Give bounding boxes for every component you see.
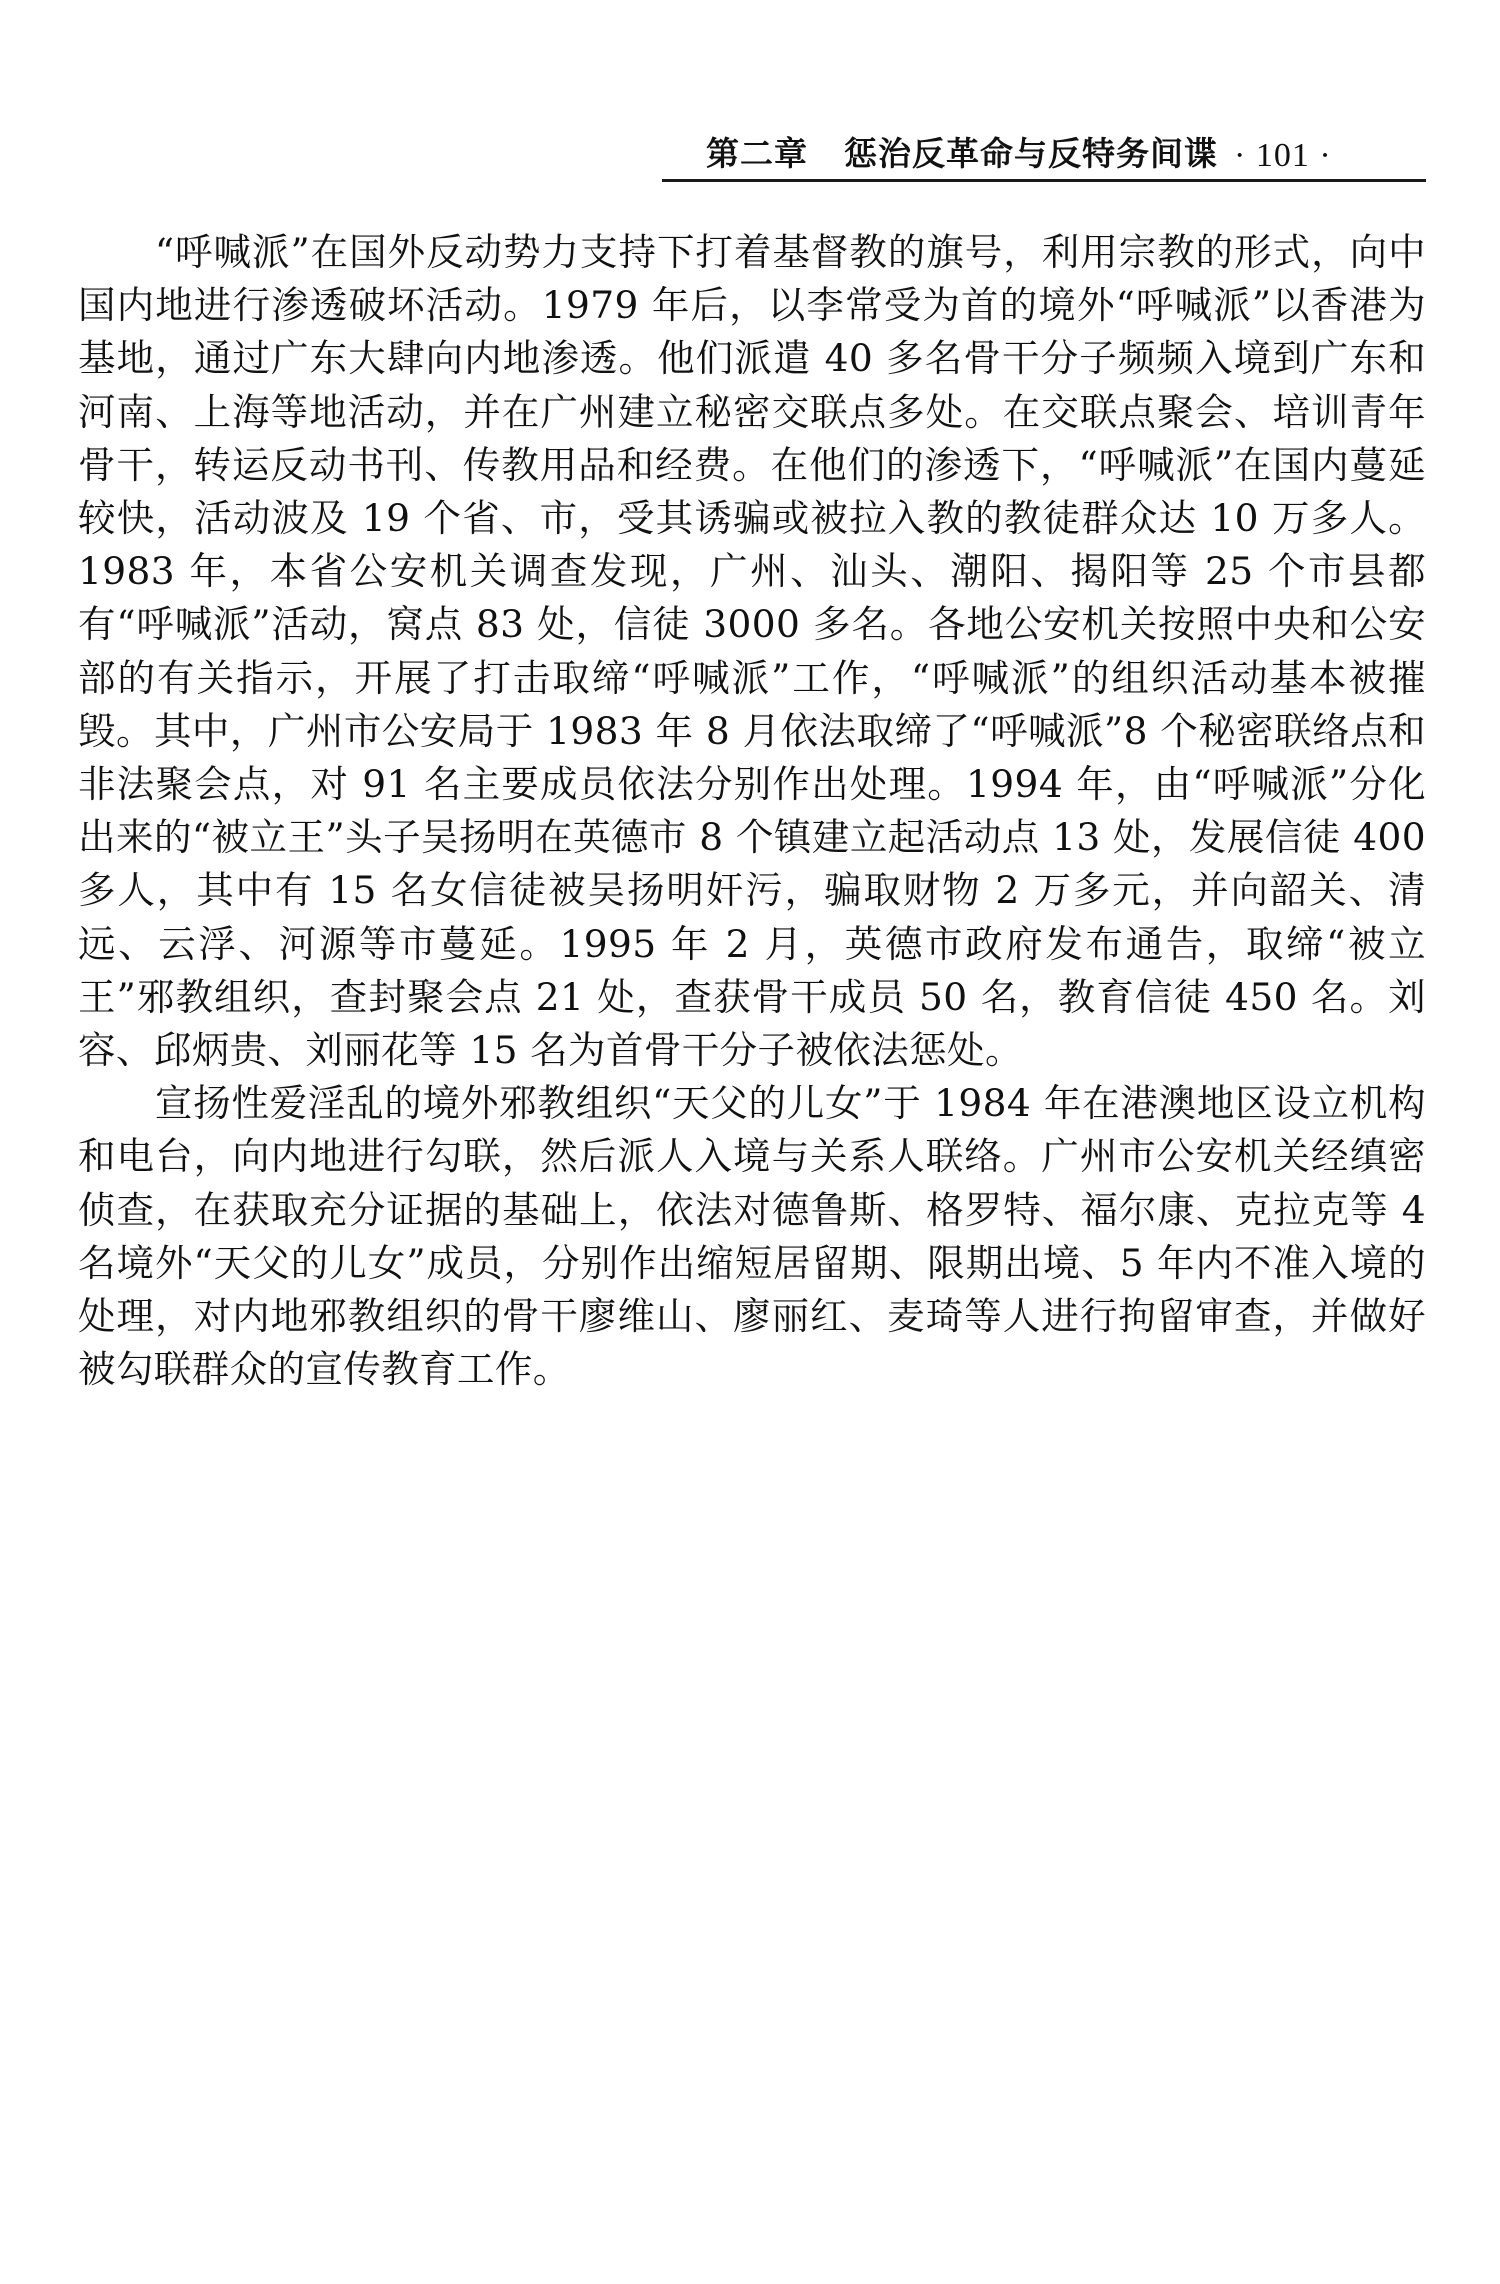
page-number: · 101 · [1234, 137, 1332, 175]
paragraph-children-of-god: 宣扬性爱淫乱的境外邪教组织“天父的儿女”于 1984 年在港澳地区设立机构和电台… [78, 1077, 1426, 1396]
chapter-title: 惩治反革命与反特务间谍 [844, 128, 1218, 175]
chapter-label: 第二章 [706, 128, 808, 175]
paragraph-hubei-pai: “呼喊派”在国外反动势力支持下打着基督教的旗号，利用宗教的形式，向中国内地进行渗… [78, 226, 1426, 1077]
body-text: “呼喊派”在国外反动势力支持下打着基督教的旗号，利用宗教的形式，向中国内地进行渗… [78, 226, 1426, 1396]
running-header: 第二章 惩治反革命与反特务间谍 · 101 · [662, 130, 1426, 182]
